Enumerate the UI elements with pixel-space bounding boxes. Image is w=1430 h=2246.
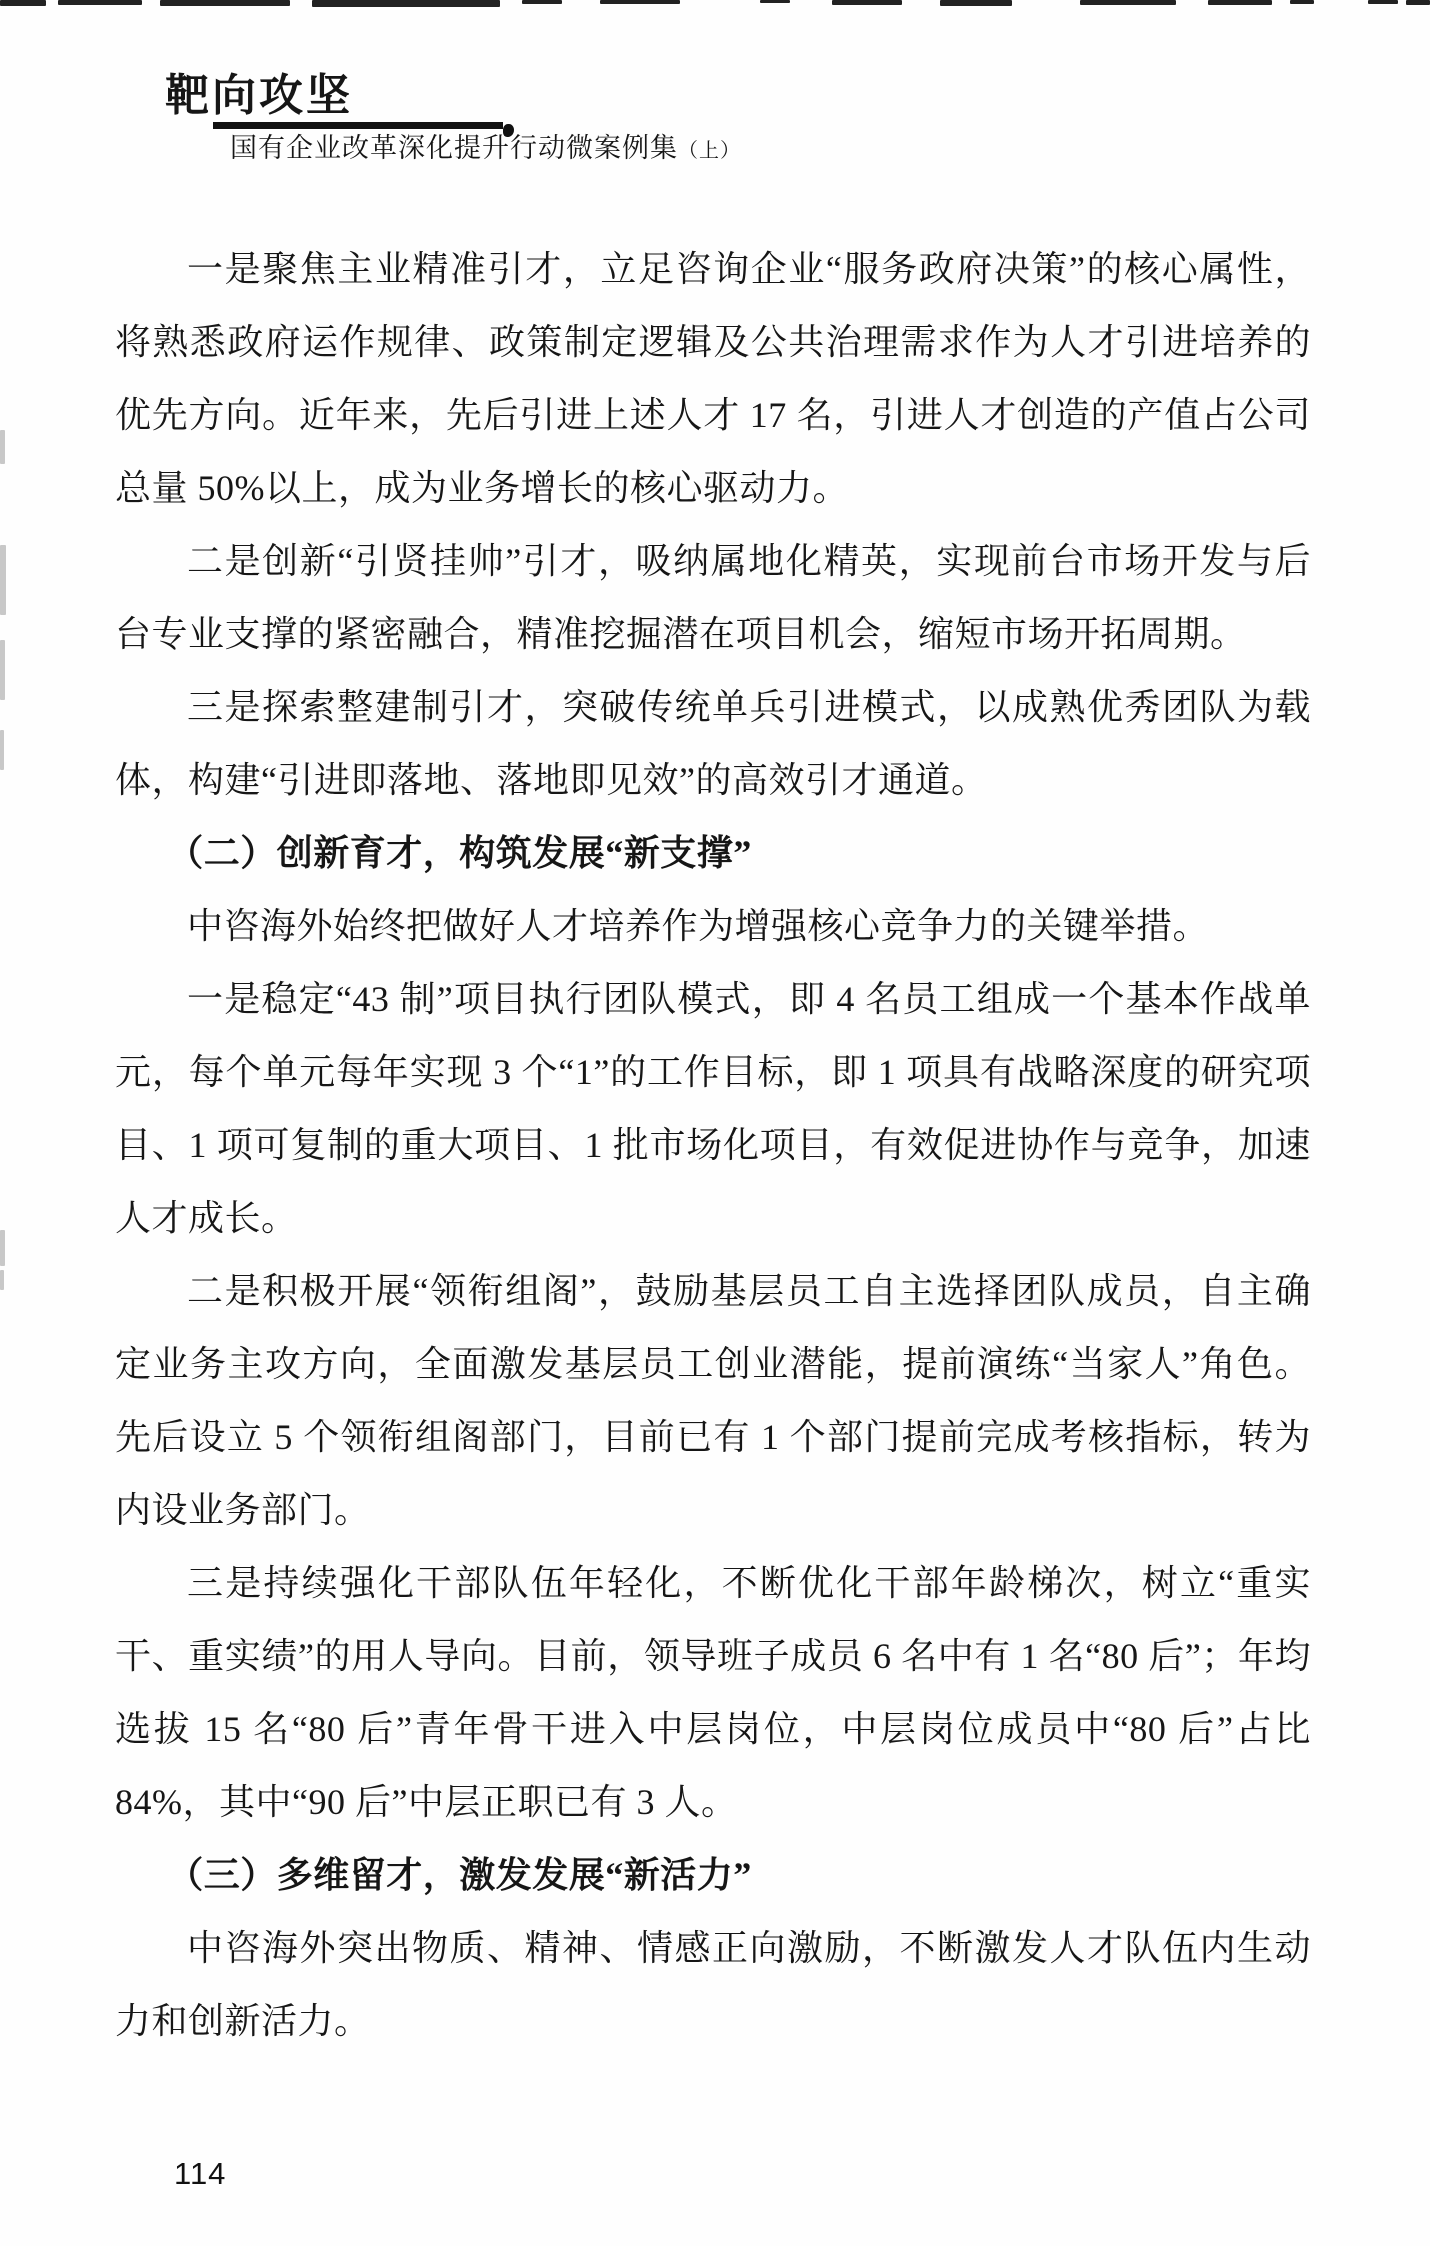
scan-artifact (58, 0, 142, 5)
scan-artifact (600, 0, 680, 4)
scan-artifact (1080, 0, 1176, 5)
book-subtitle-text: 国有企业改革深化提升行动微案例集 (230, 133, 678, 163)
page-number: 114 (174, 2156, 226, 2192)
scan-artifact (760, 0, 790, 3)
scan-artifact (940, 0, 1012, 6)
scan-artifact (1406, 0, 1430, 5)
scan-artifact (160, 0, 290, 6)
scan-artifact (0, 730, 4, 770)
page-content: 一是聚焦主业精准引才，立足咨询企业“服务政府决策”的核心属性，将熟悉政府运作规律… (115, 233, 1311, 2058)
scan-artifact (1290, 0, 1314, 4)
scan-artifact (0, 1270, 4, 1290)
logo-underline-decoration (213, 122, 503, 129)
section-heading: （三）多维留才，激发发展“新活力” (115, 1839, 1311, 1912)
book-logo-text: 靶向攻坚 (165, 71, 353, 120)
paragraph: 一是聚焦主业精准引才，立足咨询企业“服务政府决策”的核心属性，将熟悉政府运作规律… (115, 233, 1311, 525)
scan-artifact (1368, 0, 1398, 4)
scan-artifact (0, 545, 6, 615)
scan-artifact (312, 0, 500, 7)
scan-artifact (0, 430, 5, 464)
paragraph: 二是创新“引贤挂帅”引才，吸纳属地化精英，实现前台市场开发与后台专业支撑的紧密融… (115, 525, 1311, 671)
section-heading: （二）创新育才，构筑发展“新支撑” (115, 817, 1311, 890)
book-subtitle: 国有企业改革深化提升行动微案例集（上） (230, 132, 1065, 167)
scan-artifact (1208, 0, 1272, 5)
scan-artifact (832, 0, 902, 5)
paragraph: 二是积极开展“领衔组阁”，鼓励基层员工自主选择团队成员，自主确定业务主攻方向，全… (115, 1255, 1311, 1547)
book-logo: 靶向攻坚 (165, 72, 1065, 120)
scan-artifact (522, 0, 562, 4)
paragraph: 一是稳定“43 制”项目执行团队模式，即 4 名员工组成一个基本作战单元，每个单… (115, 963, 1311, 1255)
page-header: 靶向攻坚 国有企业改革深化提升行动微案例集（上） (165, 72, 1065, 167)
scan-artifact (0, 1230, 5, 1266)
book-subtitle-volume: （上） (678, 140, 741, 162)
paragraph: 中咨海外突出物质、精神、情感正向激励，不断激发人才队伍内生动力和创新活力。 (115, 1912, 1311, 2058)
scan-artifact (0, 0, 46, 6)
paragraph: 三是探索整建制引才，突破传统单兵引进模式，以成熟优秀团队为载体，构建“引进即落地… (115, 671, 1311, 817)
paragraph: 中咨海外始终把做好人才培养作为增强核心竞争力的关键举措。 (115, 890, 1311, 963)
paragraph: 三是持续强化干部队伍年轻化，不断优化干部年龄梯次，树立“重实干、重实绩”的用人导… (115, 1547, 1311, 1839)
scan-artifact (0, 640, 5, 700)
